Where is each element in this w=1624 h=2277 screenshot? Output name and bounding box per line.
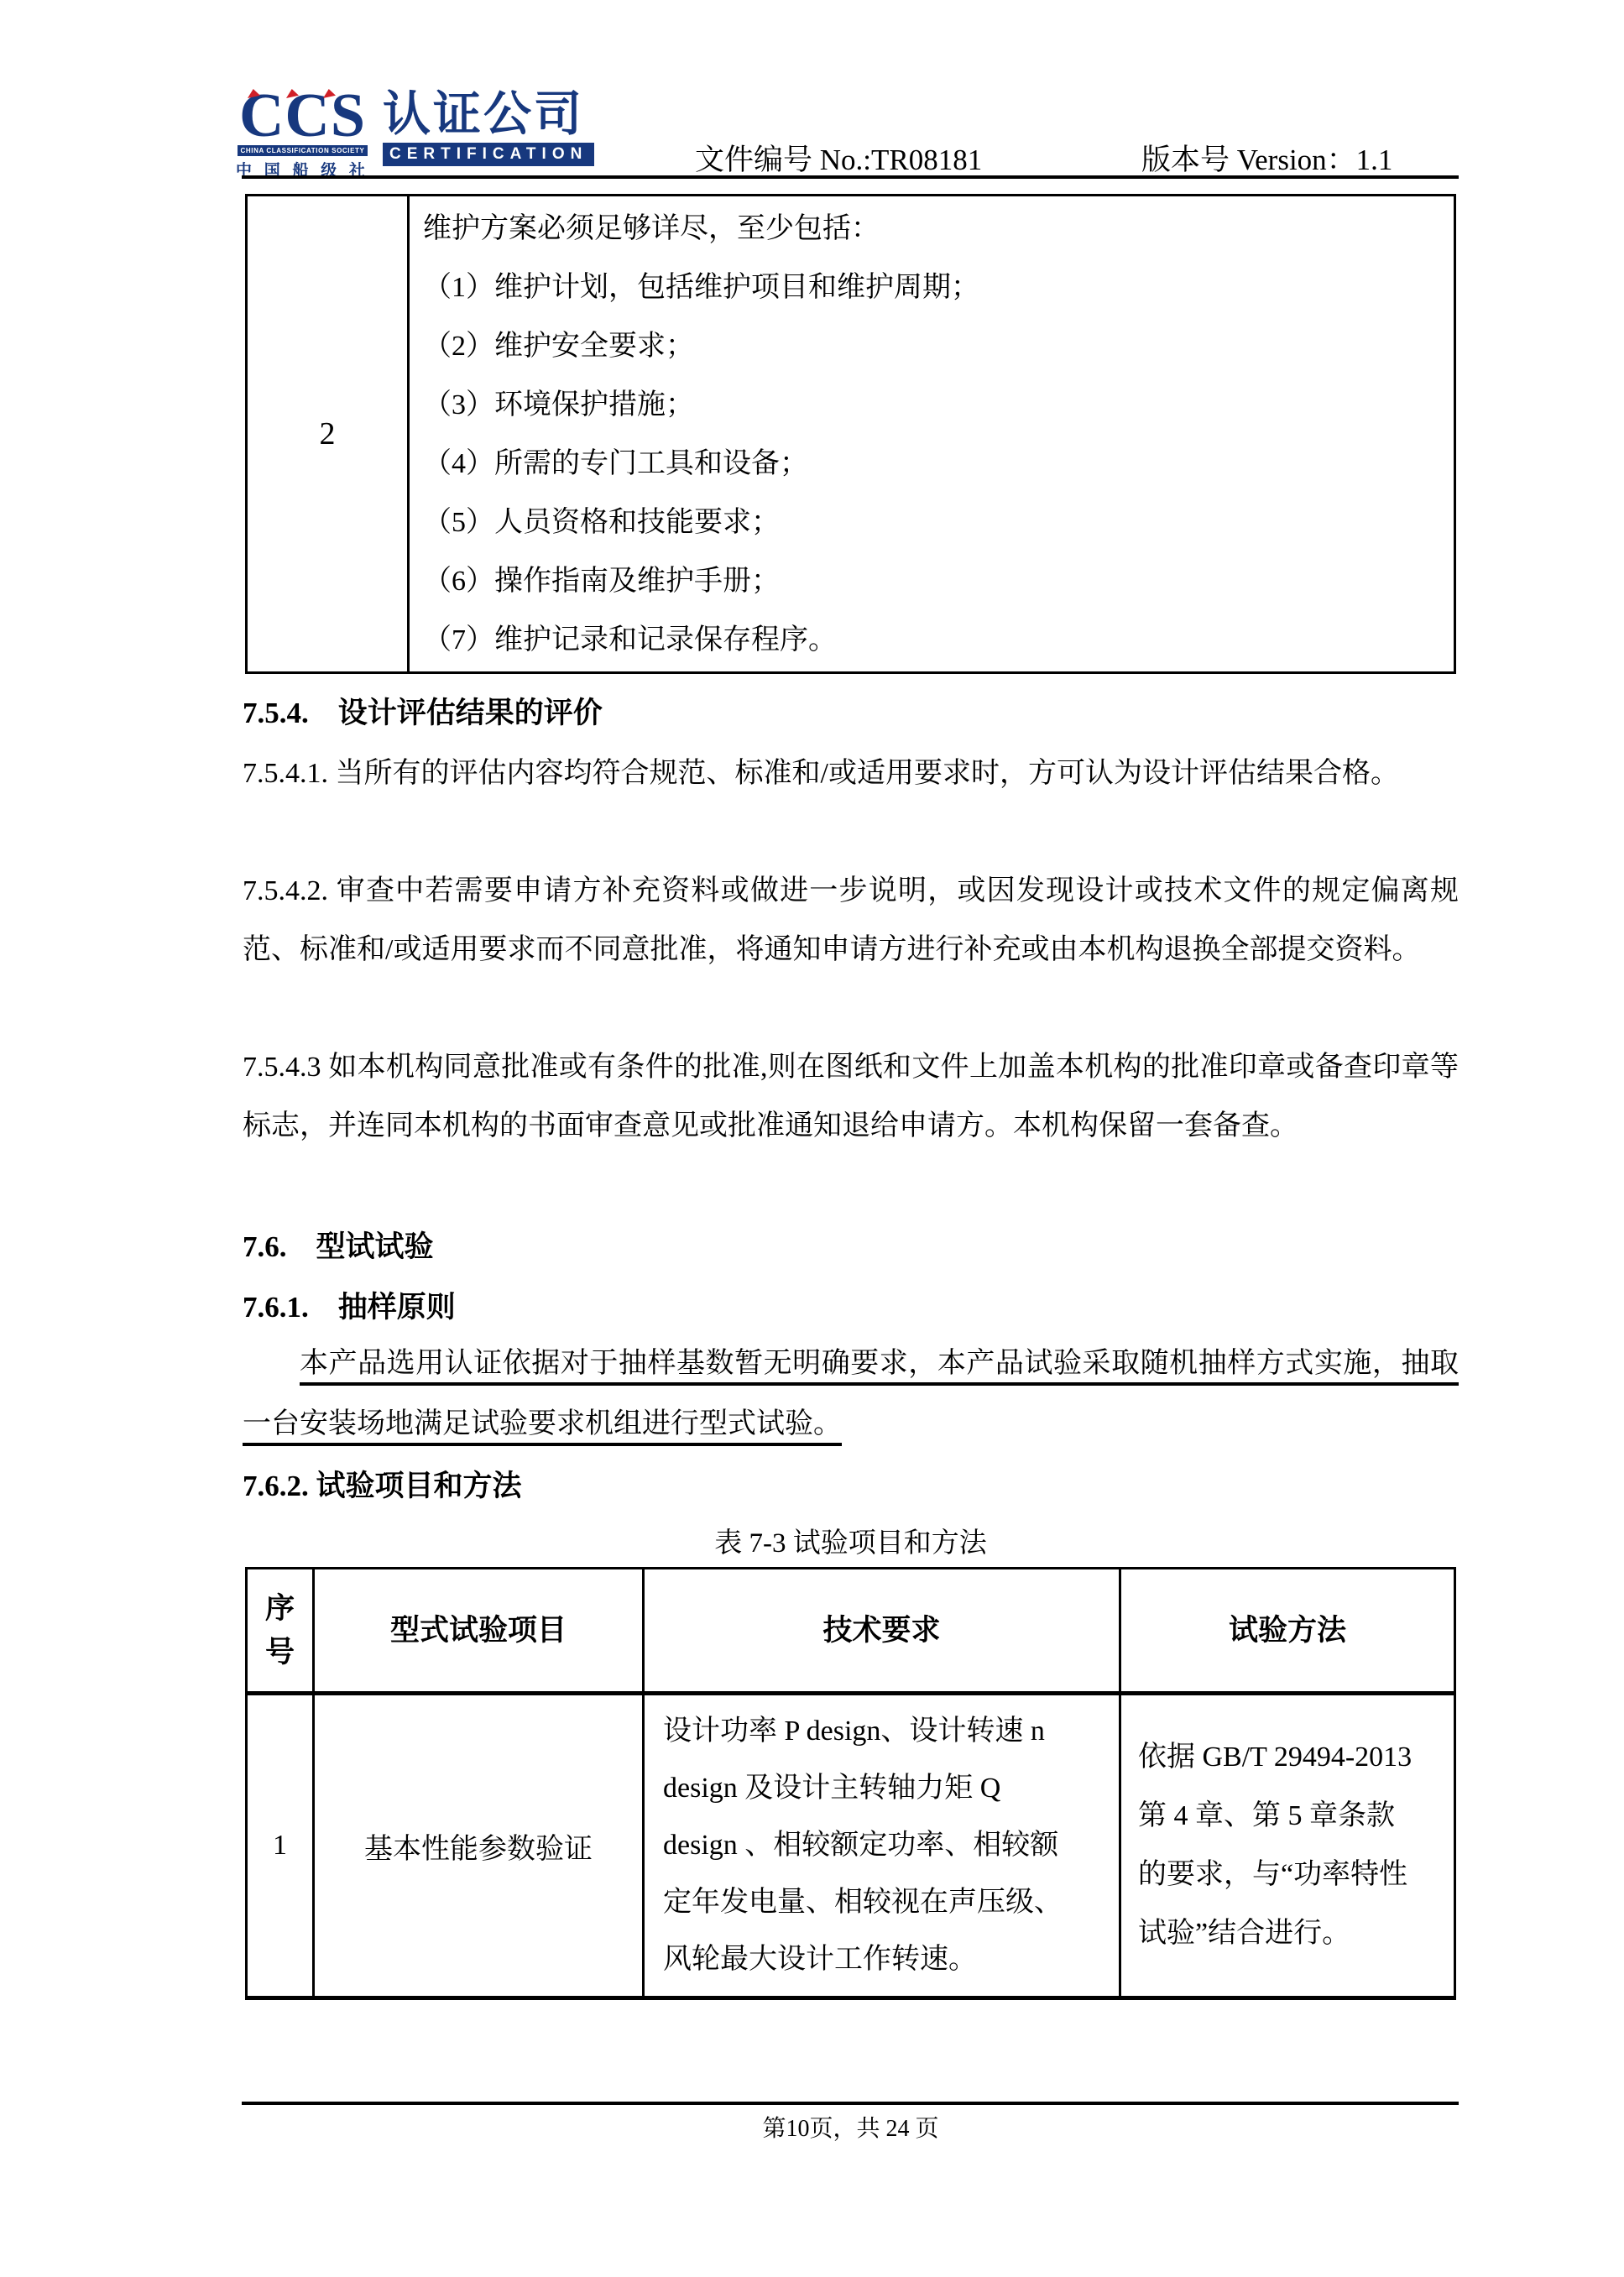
column-header-seq: 序号 xyxy=(248,1569,315,1695)
section-heading-7-6-2: 7.6.2. 试验项目和方法 xyxy=(243,1463,522,1505)
page-number: 第10页，共 24 页 xyxy=(243,2110,1459,2144)
maintenance-line: （3）环境保护措施； xyxy=(423,376,1454,435)
row-seq-cell: 1 xyxy=(248,1695,315,1996)
sampling-paragraph: 本产品选用认证依据对于抽样基数暂无明确要求，本产品试验采取随机抽样方式实施，抽取… xyxy=(243,1334,1459,1454)
maintenance-line: （1）维护计划，包括维护项目和维护周期； xyxy=(423,259,1454,317)
maintenance-line: （2）维护安全要求； xyxy=(423,317,1454,376)
row-method-cell: 依据 GB/T 29494-2013 第 4 章、第 5 章条款 的要求，与“功… xyxy=(1121,1695,1454,1996)
ccs-letters: CCS xyxy=(239,81,366,150)
certification-company-name: 认证公司 xyxy=(383,91,594,139)
footer-rule xyxy=(242,2102,1459,2105)
section-heading-7-5-4: 7.5.4. 设计评估结果的评价 xyxy=(243,690,603,732)
column-header-method: 试验方法 xyxy=(1121,1569,1454,1695)
table-7-3-caption: 表 7-3 试验项目和方法 xyxy=(243,1521,1459,1560)
section-heading-7-6-1: 7.6.1. 抽样原则 xyxy=(243,1284,456,1326)
ccs-wordmark: CCS xyxy=(239,91,366,141)
column-header-item: 型式试验项目 xyxy=(315,1569,645,1695)
document-page: CCS CHINA CLASSIFICATION SOCIETY 中 国 船 级… xyxy=(0,0,1624,2277)
maintenance-row-number: 2 xyxy=(248,196,410,671)
paragraph-7-5-4-1: 7.5.4.1. 当所有的评估内容均符合规范、标准和/或适用要求时，方可认为设计… xyxy=(243,744,1459,803)
maintenance-table: 2 维护方案必须足够详尽，至少包括： （1）维护计划，包括维护项目和维护周期； … xyxy=(245,194,1456,674)
ccs-logo-block: CCS CHINA CLASSIFICATION SOCIETY 中 国 船 级… xyxy=(236,91,369,180)
row-item-cell: 基本性能参数验证 xyxy=(315,1695,645,1996)
maintenance-line: （7）维护记录和记录保存程序。 xyxy=(423,611,1454,670)
maintenance-line: （5）人员资格和技能要求； xyxy=(423,494,1454,552)
header-rule xyxy=(242,175,1459,179)
column-header-requirement: 技术要求 xyxy=(645,1569,1121,1695)
maintenance-requirements-cell: 维护方案必须足够详尽，至少包括： （1）维护计划，包括维护项目和维护周期； （2… xyxy=(410,196,1454,671)
version-number: 版本号 Version：1.1 xyxy=(1141,137,1392,179)
header-logo: CCS CHINA CLASSIFICATION SOCIETY 中 国 船 级… xyxy=(236,91,594,180)
certification-bar: CERTIFICATION xyxy=(383,143,594,166)
paragraph-7-5-4-3: 7.5.4.3 如本机构同意批准或有条件的批准,则在图纸和文件上加盖本机构的批准… xyxy=(243,1038,1459,1156)
paragraph-7-5-4-2: 7.5.4.2. 审查中若需要申请方补充资料或做进一步说明，或因发现设计或技术文… xyxy=(243,862,1459,979)
section-heading-7-6: 7.6. 型试试验 xyxy=(243,1224,434,1266)
certification-brand-block: 认证公司 CERTIFICATION xyxy=(383,91,594,166)
row-requirement-cell: 设计功率 P design、设计转速 n design 及设计主转轴力矩 Q d… xyxy=(645,1695,1121,1996)
doc-number: 文件编号 No.:TR08181 xyxy=(695,137,982,179)
maintenance-line: （6）操作指南及维护手册； xyxy=(423,552,1454,611)
maintenance-line: （4）所需的专门工具和设备； xyxy=(423,435,1454,494)
test-items-table: 序号 型式试验项目 技术要求 试验方法 1 基本性能参数验证 设计功率 P de… xyxy=(245,1567,1456,2000)
maintenance-line: 维护方案必须足够详尽，至少包括： xyxy=(423,200,1454,259)
